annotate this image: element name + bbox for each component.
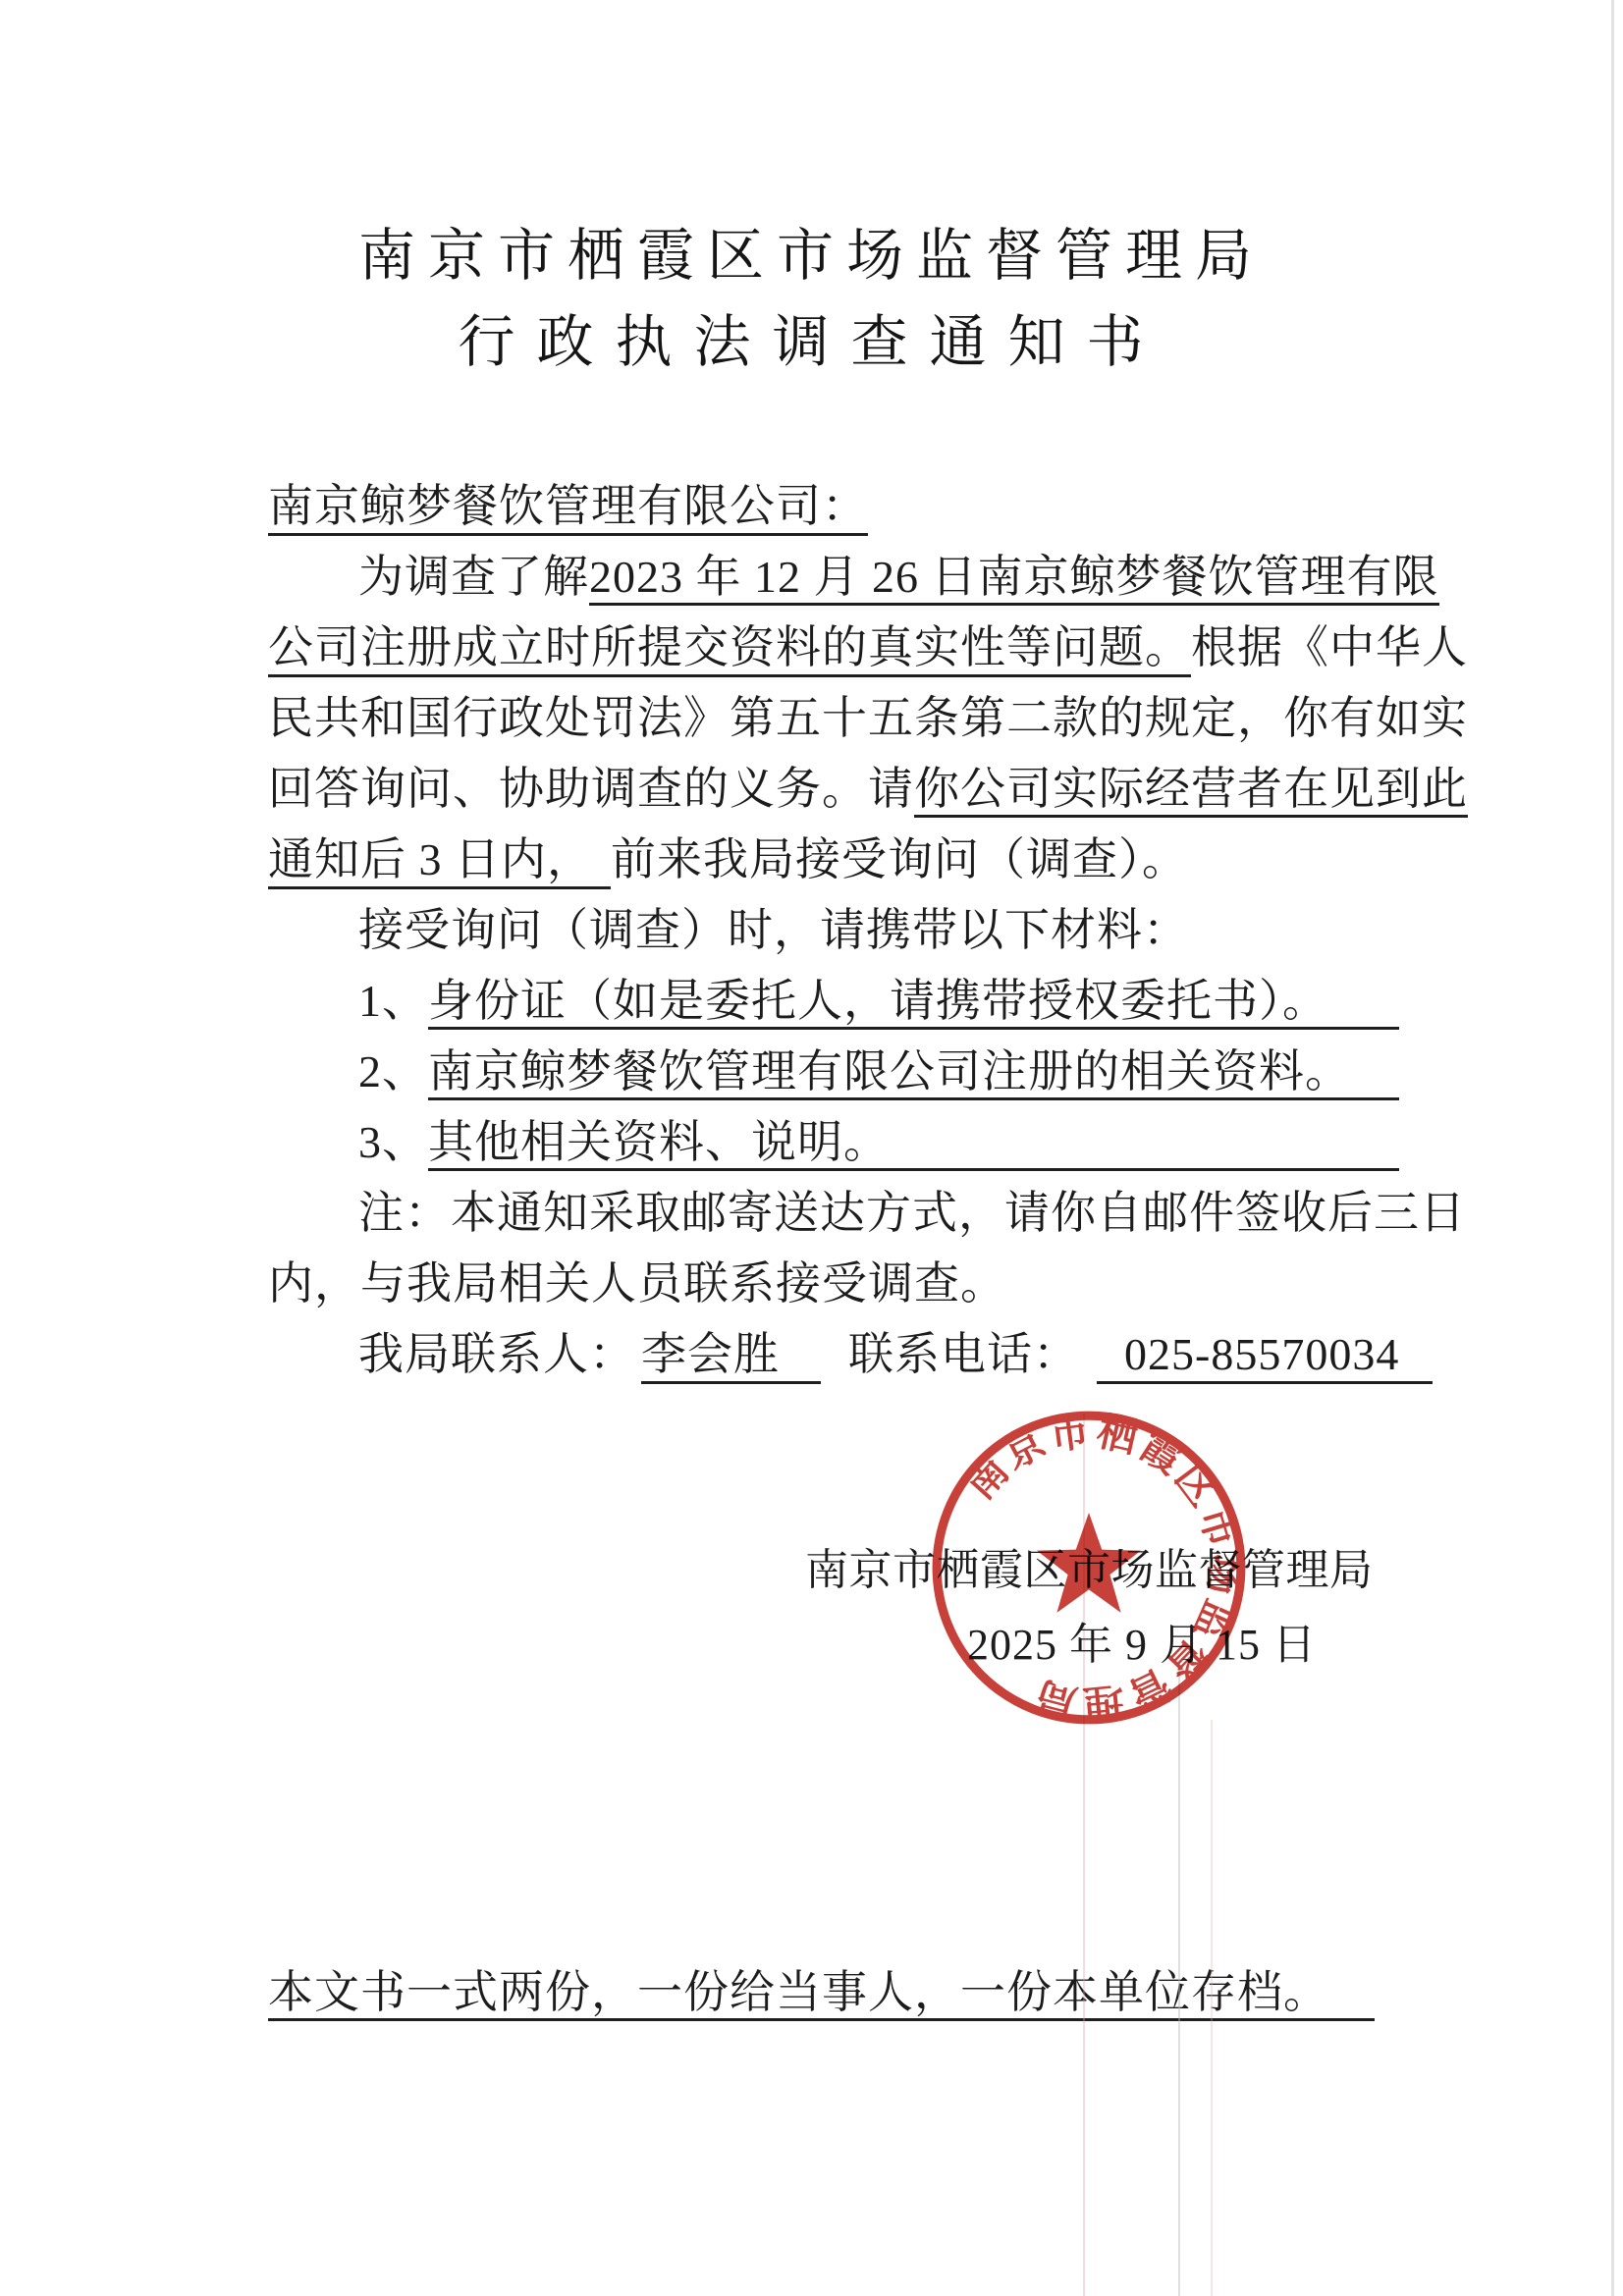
para1-line2: 公司注册成立时所提交资料的真实性等问题。根据《中华人	[268, 619, 1419, 676]
material-3-text: 其他相关资料、说明。	[428, 1114, 1399, 1171]
para2-line: 接受询问（调查）时，请携带以下材料：	[268, 902, 1509, 959]
addressee-line: 南京鲸梦餐饮管理有限公司：	[268, 478, 1419, 535]
para1-line4-plain: 回答询问、协助调查的义务。请	[268, 761, 914, 818]
official-seal: 南京市栖霞区市场监督管理局	[929, 1408, 1249, 1728]
seal-graphic: 南京市栖霞区市场监督管理局	[929, 1408, 1249, 1728]
para1-line5-plain: 前来我局接受询问（调查）。	[611, 834, 1188, 884]
document-page: 南京市栖霞区市场监督管理局 行政执法调查通知书 南京鲸梦餐饮管理有限公司： 为调…	[0, 0, 1623, 2296]
list-indent	[268, 1043, 358, 1100]
material-1-number: 1、	[358, 973, 428, 1030]
contact-phone-number: 025-85570034	[1097, 1329, 1433, 1384]
contact-label: 我局联系人：	[358, 1329, 635, 1379]
contact-person: 李会胜	[641, 1329, 821, 1384]
para1-line5-underlined: 通知后 3 日内，	[268, 834, 611, 889]
seal-star-icon	[1037, 1513, 1141, 1613]
note-line2: 内，与我局相关人员联系接受调查。	[268, 1255, 1419, 1312]
paragraph-indent	[268, 549, 358, 606]
para1-line1-underlined: 2023 年 12 月 26 日南京鲸梦餐饮管理有限	[589, 549, 1439, 606]
material-1-text: 身份证（如是委托人，请携带授权委托书）。	[428, 973, 1399, 1030]
material-2-number: 2、	[358, 1043, 428, 1100]
para1-line4-underlined: 你公司实际经营者在见到此	[914, 761, 1468, 818]
addressee-name: 南京鲸梦餐饮管理有限公司：	[268, 481, 868, 536]
material-item-1: 1、 身份证（如是委托人，请携带授权委托书）。	[268, 973, 1399, 1030]
document-title-type: 行政执法调查通知书	[0, 295, 1623, 378]
material-item-3: 3、 其他相关资料、说明。	[268, 1114, 1399, 1171]
contact-phone-label: 联系电话：	[848, 1329, 1079, 1379]
footer-line: 本文书一式两份，一份给当事人，一份本单位存档。	[268, 1964, 1375, 2021]
note-line1: 注：本通知采取邮寄送达方式，请你自邮件签收后三日	[268, 1185, 1509, 1242]
material-3-number: 3、	[358, 1114, 428, 1171]
document-title-org: 南京市栖霞区市场监督管理局	[0, 209, 1623, 292]
material-item-2: 2、 南京鲸梦餐饮管理有限公司注册的相关资料。	[268, 1043, 1399, 1100]
para1-line1: 为调查了解 2023 年 12 月 26 日南京鲸梦餐饮管理有限	[268, 549, 1419, 606]
footer-text: 本文书一式两份，一份给当事人，一份本单位存档。	[268, 1964, 1329, 2021]
contact-line: 我局联系人：李会胜联系电话：025-85570034	[268, 1326, 1509, 1383]
para1-line4: 回答询问、协助调查的义务。请 你公司实际经营者在见到此	[268, 761, 1419, 818]
list-indent	[268, 973, 358, 1030]
para1-line5: 通知后 3 日内，前来我局接受询问（调查）。	[268, 831, 1419, 888]
material-2-text: 南京鲸梦餐饮管理有限公司注册的相关资料。	[428, 1043, 1399, 1100]
list-indent	[268, 1114, 358, 1171]
footer-underline-extension	[1329, 1964, 1375, 2021]
para1-line2-plain: 根据《中华人	[1191, 622, 1468, 672]
para1-line3: 民共和国行政处罚法》第五十五条第二款的规定，你有如实	[268, 690, 1419, 747]
para1-line2-underlined: 公司注册成立时所提交资料的真实性等问题。	[268, 622, 1191, 677]
para1-line1-plain: 为调查了解	[358, 549, 589, 606]
